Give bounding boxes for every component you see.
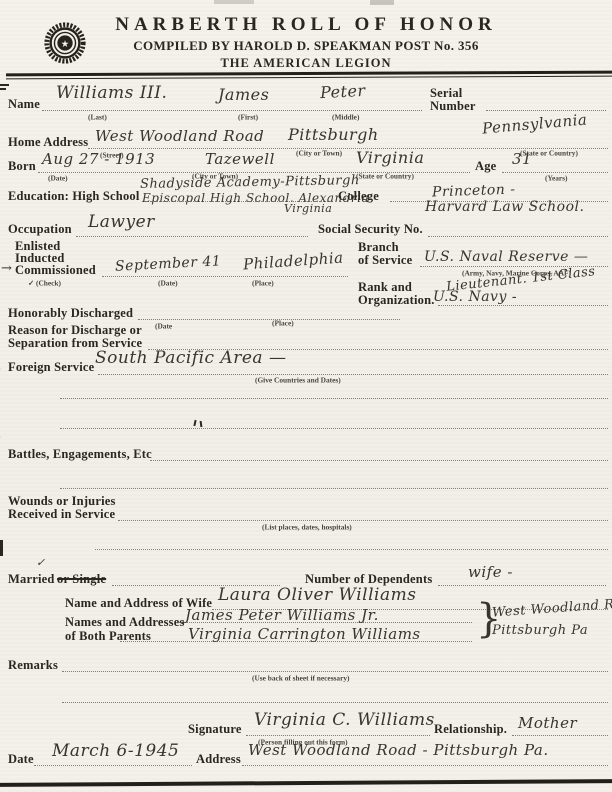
name-middle-value: Peter bbox=[320, 81, 366, 102]
wounds-label-2: Received in Service bbox=[8, 507, 115, 522]
occupation-line bbox=[76, 236, 308, 237]
organization-line bbox=[438, 305, 608, 306]
scan-mark bbox=[0, 540, 3, 556]
foreign-service-label: Foreign Service bbox=[8, 360, 94, 375]
service-place-sublabel: (Place) bbox=[252, 279, 274, 287]
born-date-sublabel: (Date) bbox=[48, 174, 68, 182]
born-city-value: Tazewell bbox=[205, 150, 275, 168]
organization-line: THE AMERICAN LEGION bbox=[0, 56, 612, 71]
date-line bbox=[34, 765, 192, 766]
ink-smudge bbox=[200, 421, 203, 427]
remarks-line bbox=[62, 671, 608, 672]
education-line-1 bbox=[150, 201, 332, 202]
age-value: 31 bbox=[512, 150, 532, 168]
discharged-line bbox=[138, 319, 400, 320]
married-check-mark: ✓ bbox=[36, 556, 46, 569]
blank-line bbox=[60, 488, 608, 489]
roll-of-honor-form: ★ NARBERTH ROLL OF HONOR COMPILED BY HAR… bbox=[0, 0, 612, 792]
dependents-line bbox=[438, 585, 606, 586]
dependents-value: wife - bbox=[468, 563, 513, 581]
name-last-value: Williams III. bbox=[56, 83, 167, 103]
age-line bbox=[502, 172, 608, 173]
commissioned-line bbox=[102, 276, 348, 277]
education-line-value: Episcopal High School. Alexandria bbox=[142, 191, 369, 205]
address-line bbox=[242, 765, 608, 766]
date-value: March 6-1945 bbox=[52, 741, 179, 761]
college-label: College bbox=[338, 189, 379, 204]
relationship-line bbox=[512, 735, 608, 736]
first-sublabel: (First) bbox=[238, 113, 258, 121]
father-name-value: James Peter Williams Jr. bbox=[185, 606, 379, 624]
parents-address-value-1: West Woodland Rd bbox=[492, 596, 612, 620]
mother-name-value: Virginia Carrington Williams bbox=[188, 625, 421, 643]
home-street-value: West Woodland Road bbox=[95, 127, 264, 145]
city-sublabel: (City or Town) bbox=[296, 149, 342, 157]
remarks-label: Remarks bbox=[8, 658, 58, 673]
or-single-label-struck: or Single bbox=[57, 572, 106, 587]
date-label: Date bbox=[8, 752, 34, 767]
born-date-value: Aug 27 - 1913 bbox=[42, 150, 155, 168]
commissioned-arrow-mark: → bbox=[1, 261, 12, 276]
born-label: Born bbox=[8, 159, 36, 174]
wounds-line bbox=[118, 520, 608, 521]
born-state-sublabel: (State or Country) bbox=[356, 172, 414, 180]
compiled-by-line: COMPILED BY HAROLD D. SPEAKMAN POST No. … bbox=[0, 38, 612, 54]
blank-line bbox=[60, 398, 608, 399]
header-rule-bottom bbox=[6, 76, 612, 80]
signer-address-value: West Woodland Road - Pittsburgh Pa. bbox=[248, 741, 549, 759]
discharged-place-sublabel: (Place) bbox=[272, 319, 294, 327]
parents-label-1: Names and Addresses bbox=[65, 615, 185, 630]
home-address-label: Home Address bbox=[8, 135, 88, 150]
parents-address-value-2: Pittsburgh Pa bbox=[492, 623, 588, 638]
home-city-value: Pittsburgh bbox=[288, 125, 379, 144]
blank-line bbox=[62, 702, 608, 703]
serial-label-2: Number bbox=[430, 99, 476, 114]
years-sublabel: (Years) bbox=[545, 174, 567, 182]
remarks-sublabel: (Use back of sheet if necessary) bbox=[252, 674, 350, 682]
branch-value: U.S. Naval Reserve — bbox=[424, 249, 588, 265]
service-date-value: September 41 bbox=[115, 253, 222, 275]
name-label: Name bbox=[8, 97, 40, 112]
foreign-service-line bbox=[98, 374, 608, 375]
foreign-sublabel: (Give Countries and Dates) bbox=[255, 376, 341, 384]
born-state-value: Virginia bbox=[356, 148, 424, 167]
battles-label: Battles, Engagements, Etc bbox=[8, 447, 152, 462]
blank-line bbox=[95, 549, 608, 550]
signature-value: Virginia C. Williams bbox=[254, 710, 435, 730]
signature-line bbox=[246, 735, 430, 736]
bottom-rule bbox=[0, 779, 612, 787]
honorably-discharged-label: Honorably Discharged bbox=[8, 306, 133, 321]
commissioned-label: Commissioned bbox=[15, 263, 96, 278]
last-sublabel: (Last) bbox=[88, 113, 107, 121]
scan-mark bbox=[0, 88, 6, 90]
middle-sublabel: (Middle) bbox=[332, 113, 359, 121]
married-label: Married bbox=[8, 572, 55, 587]
education-label: Education: High School bbox=[8, 189, 140, 204]
relationship-label: Relationship. bbox=[434, 722, 507, 737]
battles-line bbox=[150, 460, 608, 461]
scan-crease bbox=[0, 368, 10, 438]
blank-line bbox=[60, 428, 608, 429]
address-label: Address bbox=[196, 752, 241, 767]
name-line bbox=[42, 110, 422, 111]
college-value-2: Harvard Law School. bbox=[425, 199, 584, 215]
home-state-value: Pennsylvania bbox=[481, 110, 588, 137]
ssn-label: Social Security No. bbox=[318, 222, 423, 237]
service-place-value: Philadelphia bbox=[242, 249, 344, 274]
signature-label: Signature bbox=[188, 722, 242, 737]
relationship-value: Mother bbox=[518, 714, 577, 732]
wife-name-value: Laura Oliver Williams bbox=[218, 585, 416, 605]
occupation-value: Lawyer bbox=[88, 212, 155, 232]
education-below-value: Virginia bbox=[284, 202, 332, 215]
foreign-service-value: South Pacific Area — bbox=[95, 348, 286, 368]
scan-smudge bbox=[370, 0, 394, 5]
rank-label-2: Organization. bbox=[358, 293, 435, 308]
age-label: Age bbox=[475, 159, 496, 174]
ssn-line bbox=[428, 236, 608, 237]
college-value-1: Princeton - bbox=[432, 182, 516, 201]
scan-mark bbox=[0, 84, 9, 86]
scan-smudge bbox=[214, 0, 254, 4]
organization-value: U.S. Navy - bbox=[433, 289, 517, 305]
ink-smudge bbox=[193, 420, 196, 426]
education-above-value: Shadyside Academy-Pittsburgh bbox=[140, 173, 360, 192]
header-rule-top bbox=[6, 71, 612, 76]
serial-line bbox=[486, 110, 606, 111]
branch-label-2: of Service bbox=[358, 253, 412, 268]
check-sublabel: ✓ (Check) bbox=[28, 279, 61, 287]
page-title: NARBERTH ROLL OF HONOR bbox=[0, 14, 612, 36]
name-first-value: James bbox=[218, 85, 269, 104]
discharged-date-sublabel: (Date bbox=[155, 322, 172, 330]
service-date-sublabel: (Date) bbox=[158, 279, 178, 287]
occupation-label: Occupation bbox=[8, 222, 72, 237]
wounds-sublabel: (List places, dates, hospitals) bbox=[262, 523, 352, 531]
